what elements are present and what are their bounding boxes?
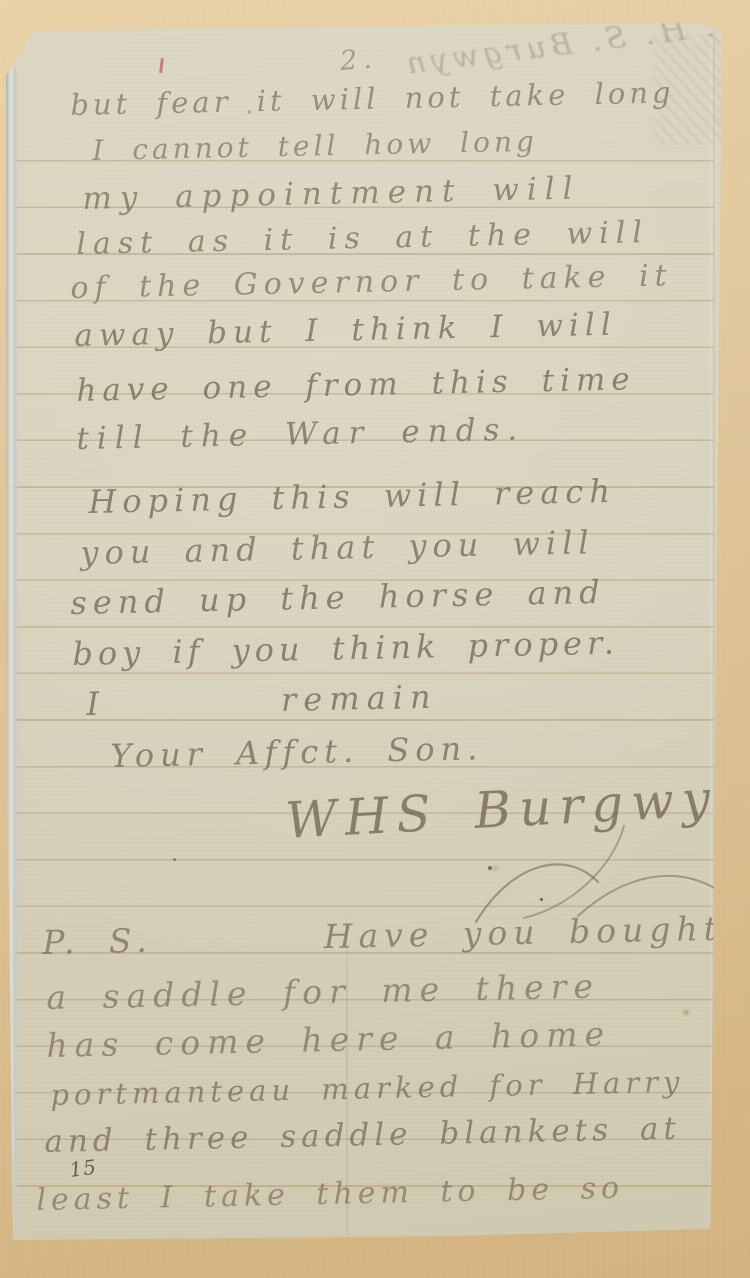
scanned-letter-photo: W. H. S. Burgwyn 2. but fear it will not… xyxy=(0,0,750,1278)
margin-annotation: 15 xyxy=(68,1155,98,1182)
ink-speck xyxy=(540,898,543,901)
closing-line: Your Affct. Son. xyxy=(110,729,484,775)
foxing-spot xyxy=(683,1010,689,1015)
letter-page: W. H. S. Burgwyn 2. but fear it will not… xyxy=(6,20,722,1240)
page-number: 2. xyxy=(339,43,379,77)
red-mark xyxy=(159,58,164,73)
closing-line: I remain xyxy=(86,678,438,723)
ink-speck xyxy=(173,858,176,861)
foxing-spot xyxy=(492,866,499,871)
